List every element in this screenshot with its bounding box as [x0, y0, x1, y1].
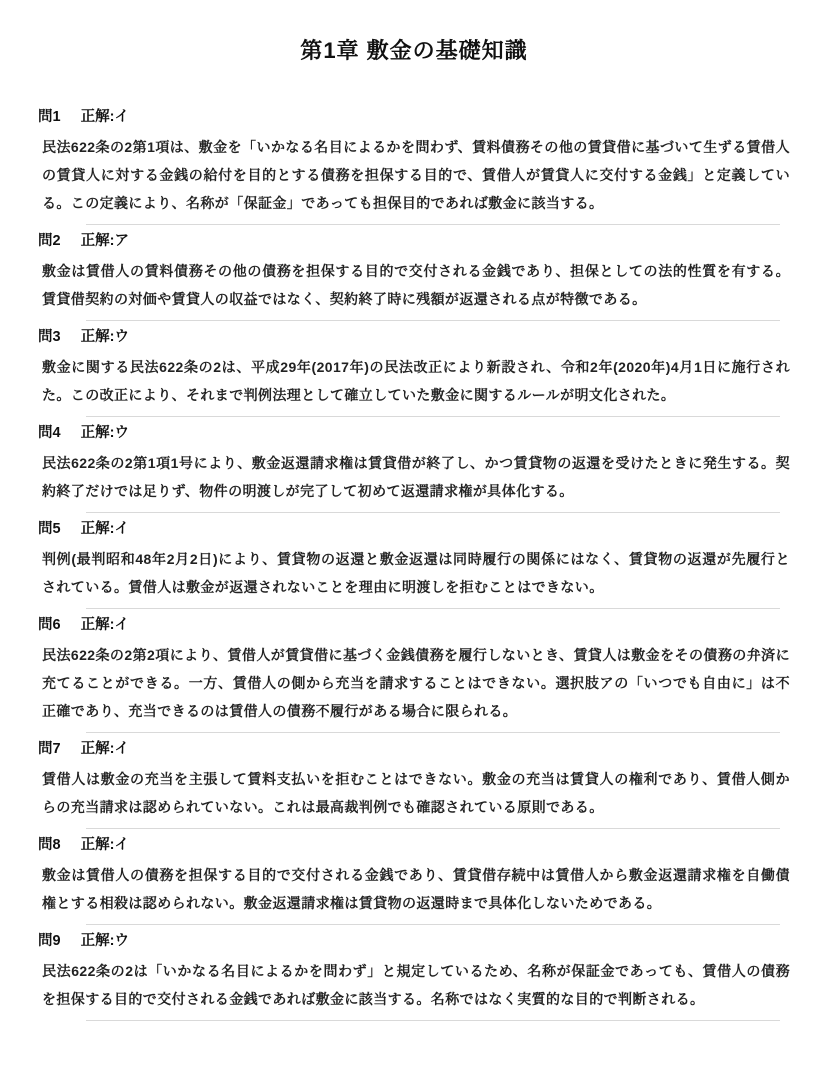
question-explanation: 民法622条の2第1項は、敷金を「いかなる名目によるかを問わず、賃料債務その他の…	[38, 133, 790, 217]
section-divider	[86, 924, 780, 925]
question-number: 問2	[38, 231, 61, 252]
question-number: 問1	[38, 107, 61, 128]
question-answer: 正解:イ	[81, 615, 129, 636]
question-block-7: 問7 正解:イ 賃借人は敷金の充当を主張して賃料支払いを拒むことはできない。敷金…	[38, 739, 790, 829]
section-divider	[86, 608, 780, 609]
question-number: 問7	[38, 739, 61, 760]
question-header: 問4 正解:ウ	[38, 423, 790, 444]
question-answer: 正解:イ	[81, 835, 129, 856]
section-divider	[86, 512, 780, 513]
question-answer: 正解:イ	[81, 107, 129, 128]
question-number: 問5	[38, 519, 61, 540]
question-block-6: 問6 正解:イ 民法622条の2第2項により、賃借人が賃貸借に基づく金銭債務を履…	[38, 615, 790, 733]
question-explanation: 敷金に関する民法622条の2は、平成29年(2017年)の民法改正により新設され…	[38, 353, 790, 409]
question-number: 問6	[38, 615, 61, 636]
question-number: 問8	[38, 835, 61, 856]
question-answer: 正解:ア	[81, 231, 129, 252]
document-page: 第1章 敷金の基礎知識 問1 正解:イ 民法622条の2第1項は、敷金を「いかな…	[0, 0, 830, 1080]
question-header: 問2 正解:ア	[38, 231, 790, 252]
question-explanation: 敷金は賃借人の債務を担保する目的で交付される金銭であり、賃貸借存続中は賃借人から…	[38, 861, 790, 917]
question-header: 問3 正解:ウ	[38, 327, 790, 348]
question-number: 問3	[38, 327, 61, 348]
question-explanation: 賃借人は敷金の充当を主張して賃料支払いを拒むことはできない。敷金の充当は賃貸人の…	[38, 765, 790, 821]
section-divider	[86, 224, 780, 225]
question-answer: 正解:イ	[81, 739, 129, 760]
section-divider	[86, 320, 780, 321]
question-explanation: 民法622条の2は「いかなる名目によるかを問わず」と規定しているため、名称が保証…	[38, 957, 790, 1013]
question-block-3: 問3 正解:ウ 敷金に関する民法622条の2は、平成29年(2017年)の民法改…	[38, 327, 790, 417]
question-answer: 正解:ウ	[81, 327, 129, 348]
question-header: 問7 正解:イ	[38, 739, 790, 760]
question-explanation: 民法622条の2第2項により、賃借人が賃貸借に基づく金銭債務を履行しないとき、賃…	[38, 641, 790, 725]
question-explanation: 敷金は賃借人の賃料債務その他の債務を担保する目的で交付される金銭であり、担保とし…	[38, 257, 790, 313]
question-header: 問8 正解:イ	[38, 835, 790, 856]
question-answer: 正解:ウ	[81, 423, 129, 444]
question-header: 問1 正解:イ	[38, 107, 790, 128]
question-block-1: 問1 正解:イ 民法622条の2第1項は、敷金を「いかなる名目によるかを問わず、…	[38, 107, 790, 225]
question-answer: 正解:ウ	[81, 931, 129, 952]
question-block-8: 問8 正解:イ 敷金は賃借人の債務を担保する目的で交付される金銭であり、賃貸借存…	[38, 835, 790, 925]
question-header: 問9 正解:ウ	[38, 931, 790, 952]
question-block-2: 問2 正解:ア 敷金は賃借人の賃料債務その他の債務を担保する目的で交付される金銭…	[38, 231, 790, 321]
question-answer: 正解:イ	[81, 519, 129, 540]
question-number: 問9	[38, 931, 61, 952]
question-number: 問4	[38, 423, 61, 444]
section-divider	[86, 1020, 780, 1021]
question-block-9: 問9 正解:ウ 民法622条の2は「いかなる名目によるかを問わず」と規定している…	[38, 931, 790, 1021]
question-explanation: 判例(最判昭和48年2月2日)により、賃貸物の返還と敷金返還は同時履行の関係には…	[38, 545, 790, 601]
question-header: 問6 正解:イ	[38, 615, 790, 636]
section-divider	[86, 732, 780, 733]
question-explanation: 民法622条の2第1項1号により、敷金返還請求権は賃貸借が終了し、かつ賃貸物の返…	[38, 449, 790, 505]
section-divider	[86, 416, 780, 417]
question-block-5: 問5 正解:イ 判例(最判昭和48年2月2日)により、賃貸物の返還と敷金返還は同…	[38, 519, 790, 609]
question-header: 問5 正解:イ	[38, 519, 790, 540]
page-title: 第1章 敷金の基礎知識	[38, 36, 790, 66]
question-block-4: 問4 正解:ウ 民法622条の2第1項1号により、敷金返還請求権は賃貸借が終了し…	[38, 423, 790, 513]
section-divider	[86, 828, 780, 829]
